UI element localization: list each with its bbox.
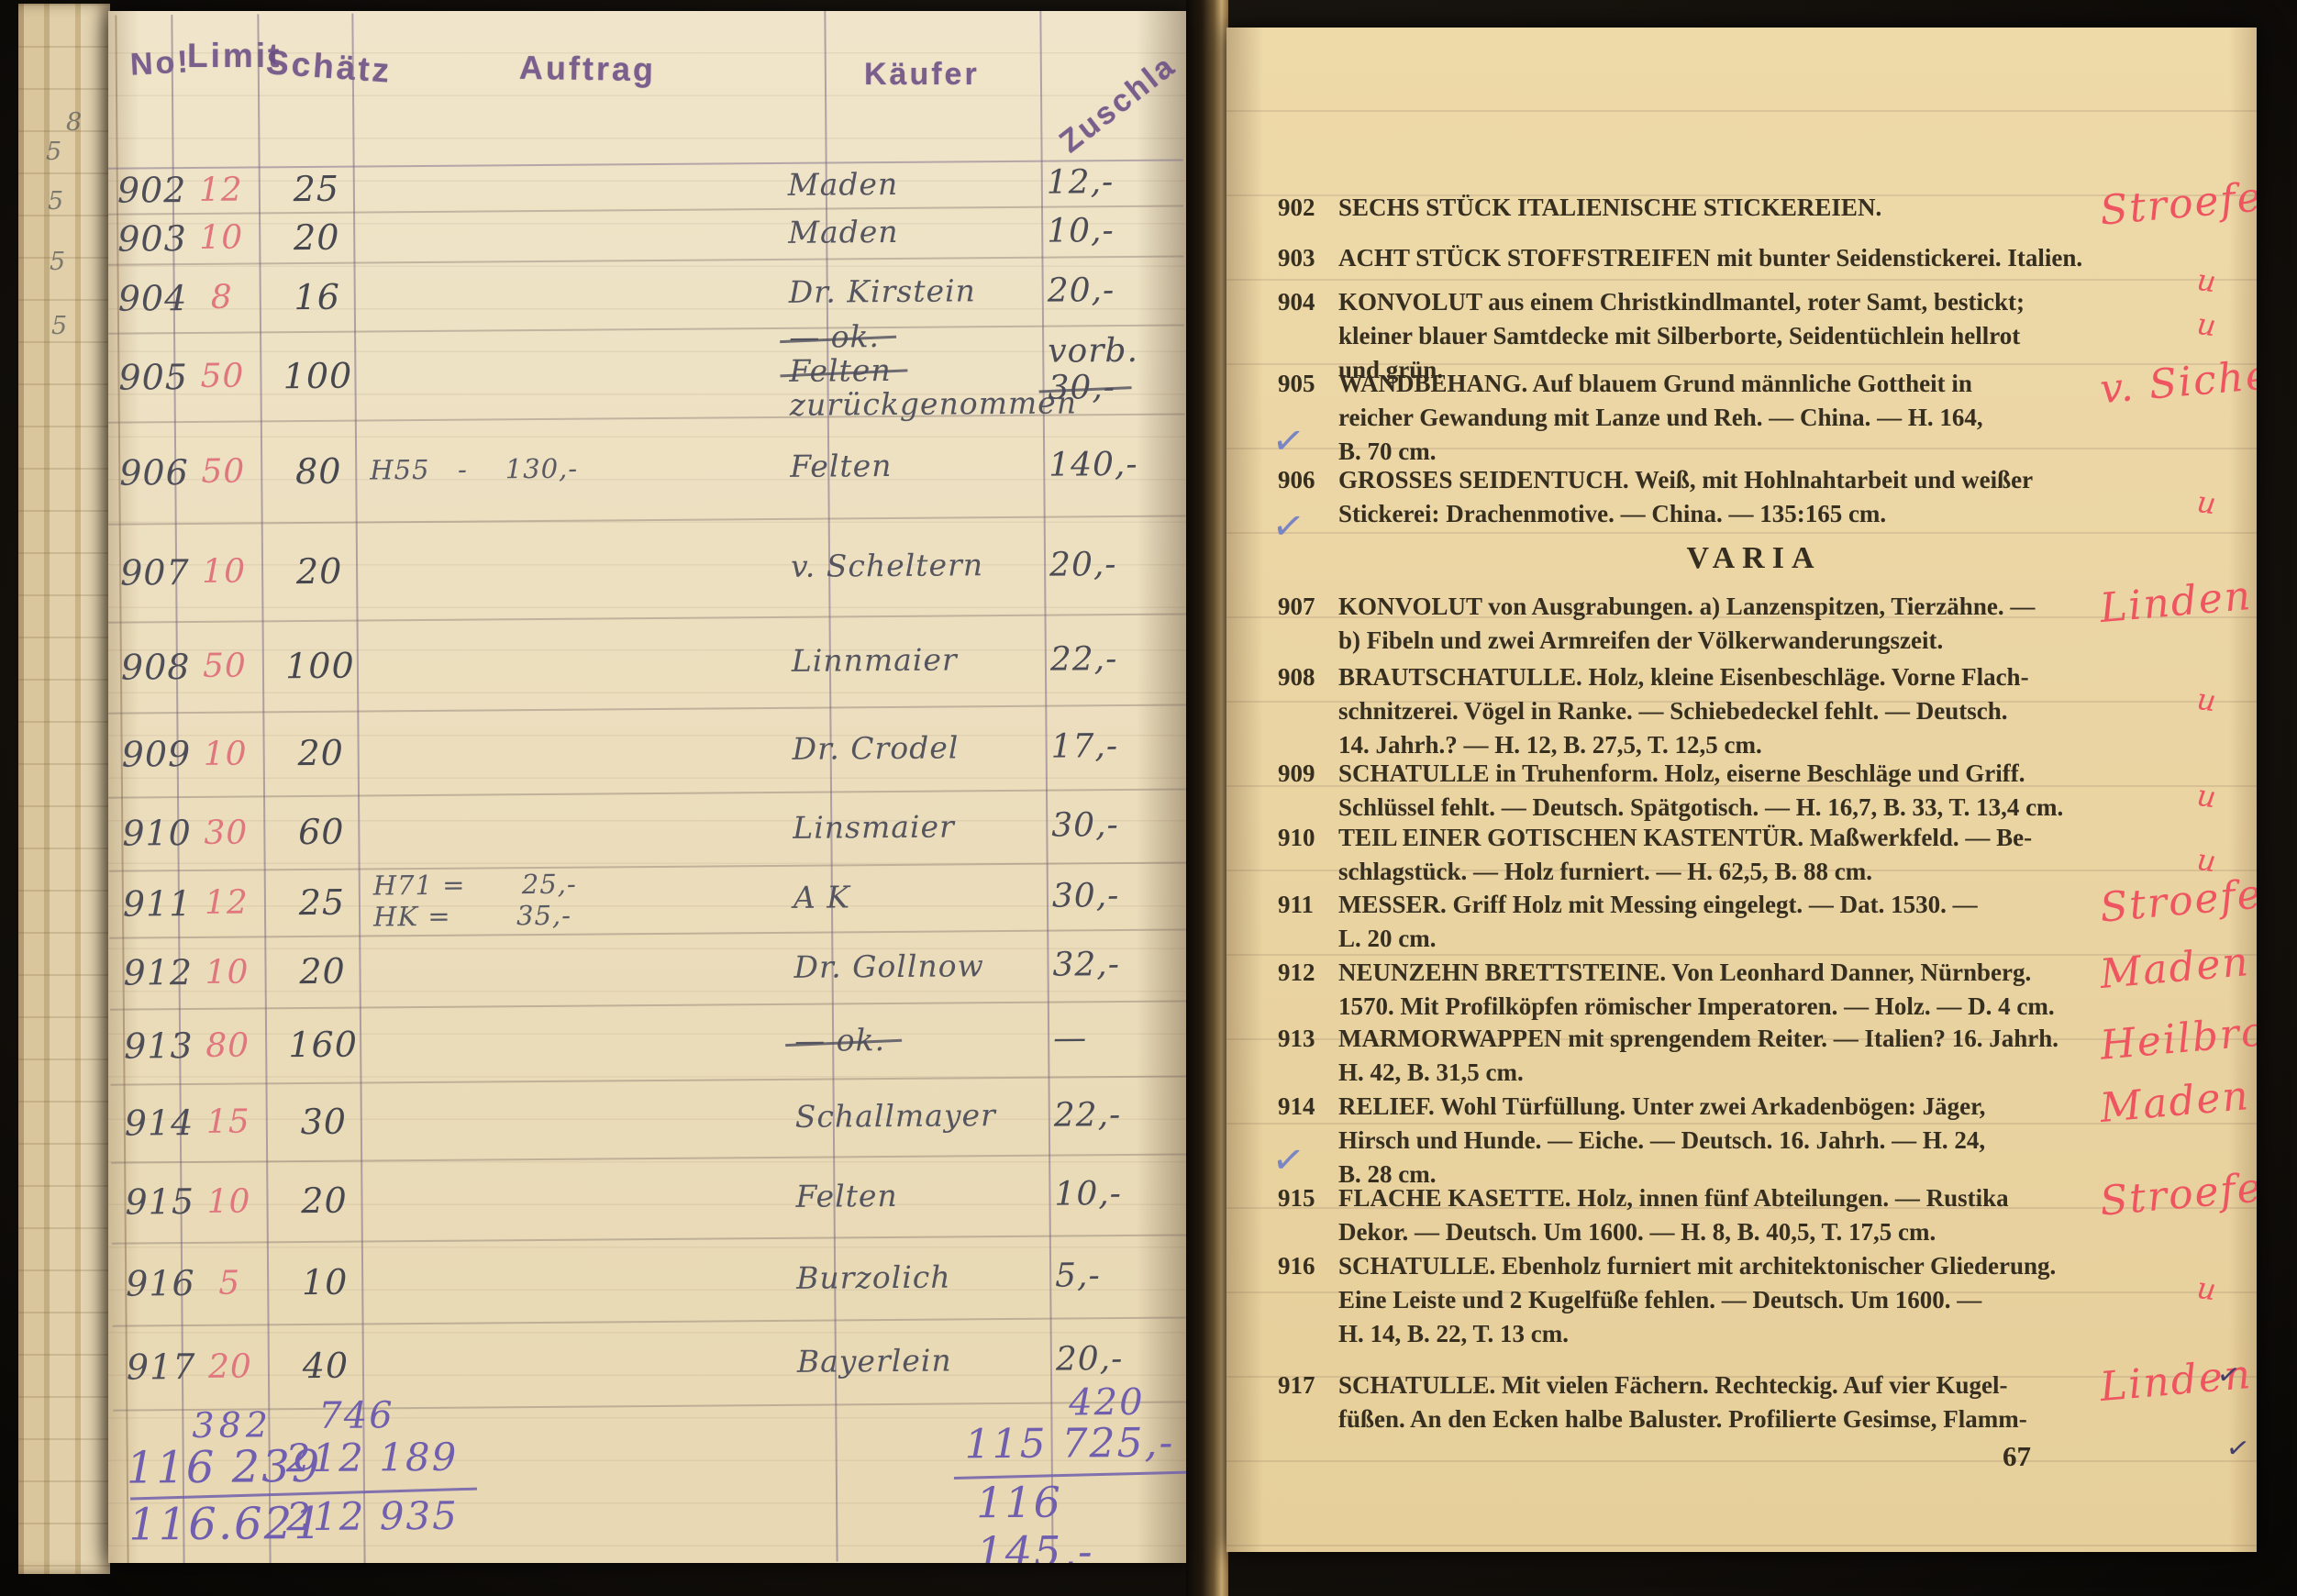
- section-heading: VARIA: [1337, 541, 2171, 576]
- ledger-cell-kaeufer: Dr. Gollnow: [793, 930, 1044, 1003]
- margin-buyer-note: Linden: [2098, 572, 2254, 632]
- ledger-cell-kaeufer-line: Felten: [789, 354, 892, 389]
- catalog-entry: 913MARMORWAPPEN mit sprengendem Reiter. …: [1278, 1022, 2177, 1090]
- catalog-entry-text: SECHS STÜCK ITALIENISCHE STICKEREIEN.: [1338, 191, 2177, 225]
- total-limit-sum: 382: [192, 1404, 272, 1446]
- ledger-cell-limit: 10: [188, 1160, 270, 1242]
- catalog-entry-line: füßen. An den Ecken halbe Baluster. Prof…: [1338, 1402, 2177, 1436]
- ledger-rows: 9021225Maden12,-9031020Maden10,-904816Dr…: [108, 11, 1182, 16]
- ledger-cell-auftrag: [368, 259, 809, 331]
- blue-checkmark: ✓: [1270, 502, 1308, 550]
- ledger-cell-kaeufer: — ok.: [794, 1002, 1045, 1079]
- catalog-entry-number: 902: [1278, 191, 1315, 225]
- edge-number: 5: [46, 138, 62, 166]
- ledger-cell-zuschlag-line: 20,-: [1056, 1341, 1124, 1378]
- total-zuschlag-carry: 115 725,-: [964, 1420, 1174, 1469]
- ledger-cell-kaeufer: Burzolich: [796, 1236, 1047, 1320]
- ledger-table: 9021225Maden12,-9031020Maden10,-904816Dr…: [108, 11, 1188, 1563]
- catalog-entry-line: H. 42, B. 31,5 cm.: [1338, 1056, 2177, 1090]
- ledger-cell-schaetz: 20: [274, 711, 367, 796]
- ledger-cell-auftrag: [369, 327, 810, 420]
- ledger-cell-kaeufer: Felten: [790, 415, 1040, 518]
- ledger-cell-schaetz: 160: [277, 1006, 370, 1082]
- ledger-cell-kaeufer-line: Maden: [788, 167, 899, 202]
- catalog-entry-number: 912: [1278, 956, 1315, 990]
- ledger-cell-no: 917: [127, 1324, 199, 1410]
- ledger-cell-zuschlag-line: 140,-: [1049, 447, 1138, 483]
- ledger-cell-auftrag: [372, 792, 814, 869]
- total-zuschlag-grand: 116 145,-: [976, 1476, 1188, 1563]
- ledger-cell-limit: 10: [183, 522, 265, 621]
- ledger-cell-kaeufer: Dr. Kirstein: [788, 257, 1038, 327]
- ledger-cell-no: 910: [122, 796, 194, 870]
- catalog-entry-line: reicher Gewandung mit Lanze und Reh. — C…: [1338, 401, 2177, 435]
- catalog-entry-number: 906: [1278, 463, 1315, 497]
- blue-checkmark: ✓: [1270, 1136, 1308, 1184]
- edge-number: 5: [48, 187, 64, 216]
- catalog-entry-text: FLACHE KASETTE. Holz, innen fünf Abteilu…: [1338, 1181, 2177, 1249]
- ledger-cell-zuschlag-line: —: [1053, 1021, 1087, 1058]
- ledger-cell-kaeufer-line: — ok.: [794, 1024, 885, 1058]
- ledger-cell-zuschlag: 20,-: [1047, 255, 1185, 325]
- ledger-cell-kaeufer-line: Linnmaier: [792, 643, 958, 678]
- ledger-cell-schaetz: 10: [279, 1240, 372, 1324]
- catalog-entry-text: WANDBEHANG. Auf blauem Grund männliche G…: [1338, 367, 2177, 469]
- catalog-entry-line: NEUNZEHN BRETTSTEINE. Von Leonhard Danne…: [1338, 956, 2177, 990]
- ledger-cell-limit: 50: [183, 420, 264, 523]
- ledger-cell-no: 908: [121, 621, 194, 713]
- ledger-cell-kaeufer: Felten: [795, 1155, 1046, 1237]
- ledger-cell-kaeufer-line: Felten: [790, 449, 893, 484]
- catalog-entry-text: ACHT STÜCK STOFFSTREIFEN mit bunter Seid…: [1338, 241, 2177, 275]
- ledger-cell-no: 909: [121, 712, 194, 797]
- catalog-entry-line: SCHATULLE. Ebenholz furniert mit archite…: [1338, 1249, 2177, 1283]
- catalog-entry: 914RELIEF. Wohl Türfüllung. Unter zwei A…: [1278, 1090, 2177, 1191]
- ledger-cell-zuschlag-line: 20,-: [1049, 547, 1117, 583]
- catalog-entry-text: MARMORWAPPEN mit sprengendem Reiter. — I…: [1338, 1022, 2177, 1090]
- total-zuschlag-sum: 420: [1069, 1381, 1145, 1424]
- ledger-cell-auftrag-line: H55 - 130,-: [370, 454, 578, 486]
- total-schaetz-sum: 746: [318, 1394, 394, 1437]
- ledger-cell-schaetz: 100: [274, 620, 367, 712]
- catalog-entry-line: H. 14, B. 22, T. 13 cm.: [1338, 1317, 2177, 1351]
- ledger-cell-kaeufer-line: Dr. Crodel: [793, 731, 960, 766]
- ledger-cell-auftrag: [372, 616, 813, 711]
- ledger-cell-kaeufer: Schallmayer: [794, 1077, 1045, 1157]
- edge-number: 8: [66, 108, 83, 137]
- catalog-entry-line: MESSER. Griff Holz mit Messing eingelegt…: [1338, 888, 2177, 922]
- ledger-cell-auftrag: [371, 518, 812, 620]
- catalog-entry-text: TEIL EINER GOTISCHEN KASTENTÜR. Maßwerkf…: [1338, 821, 2177, 889]
- ledger-cell-auftrag: [372, 707, 813, 795]
- catalog-entry-number: 910: [1278, 821, 1315, 855]
- ledger-cell-kaeufer: Linsmaier: [793, 790, 1043, 865]
- dark-checkmark: ✓: [2224, 1431, 2252, 1467]
- ledger-cell-no: 912: [123, 937, 195, 1009]
- ledger-cell-zuschlag-line: 10,-: [1047, 213, 1115, 249]
- ledger-cell-auftrag-line: H71 = 25,-: [373, 870, 577, 902]
- catalog-entry: 908BRAUTSCHATULLE. Holz, kleine Eisenbes…: [1278, 660, 2177, 762]
- ledger-cell-zuschlag: 32,-: [1052, 928, 1188, 1001]
- page-edges-stack: [18, 4, 110, 1574]
- catalog-entry-number: 909: [1278, 757, 1315, 791]
- catalog-entry-line: Hirsch und Hunde. — Eiche. — Deutsch. 16…: [1338, 1124, 2177, 1158]
- catalog-entry-text: KONVOLUT von Ausgrabungen. a) Lanzenspit…: [1338, 590, 2177, 658]
- ledger-cell-zuschlag: 5,-: [1055, 1234, 1188, 1317]
- catalog-entry-line: SCHATULLE. Mit vielen Fächern. Rechtecki…: [1338, 1369, 2177, 1402]
- ledger-cell-no: 915: [125, 1161, 197, 1243]
- ledger-cell-zuschlag-line: 22,-: [1054, 1097, 1122, 1134]
- catalog-entry: 909SCHATULLE in Truhenform. Holz, eisern…: [1278, 757, 2177, 825]
- catalog-entry-line: WANDBEHANG. Auf blauem Grund männliche G…: [1338, 367, 2177, 401]
- ledger-cell-zuschlag-line: 30,-: [1052, 878, 1120, 914]
- ledger-row: 9103060Linsmaier30,-: [108, 788, 1188, 871]
- catalog-entry: 910TEIL EINER GOTISCHEN KASTENTÜR. Maßwe…: [1278, 821, 2177, 889]
- ledger-cell-limit: 10: [184, 711, 266, 796]
- ledger-cell-zuschlag: 22,-: [1050, 613, 1188, 704]
- catalog-entry-line: SECHS STÜCK ITALIENISCHE STICKEREIEN.: [1338, 191, 2177, 225]
- catalog-entry-number: 916: [1278, 1249, 1315, 1283]
- ledger-cell-kaeufer-line: Bayerlein: [797, 1344, 952, 1379]
- ledger-cell-auftrag: [368, 208, 808, 262]
- ledger-cell-zuschlag-line: 12,-: [1047, 164, 1115, 201]
- ledger-cell-limit: 12: [186, 869, 268, 937]
- page-number: 67: [2003, 1440, 2031, 1473]
- ledger-cell-kaeufer: Maden: [788, 206, 1038, 259]
- margin-ditto-mark: u: [2194, 306, 2218, 343]
- ledger-row: 904816Dr. Kirstein20,-: [108, 255, 1184, 334]
- catalog-entry-text: SCHATULLE in Truhenform. Holz, eiserne B…: [1338, 757, 2177, 825]
- catalog-entry: 915FLACHE KASETTE. Holz, innen fünf Abte…: [1278, 1181, 2177, 1249]
- catalog-entry: 911MESSER. Griff Holz mit Messing eingel…: [1278, 888, 2177, 956]
- blue-checkmark: ✓: [1270, 416, 1308, 465]
- ledger-cell-auftrag: [377, 1320, 818, 1408]
- ledger-cell-auftrag: H71 = 25,-HK = 35,-: [373, 865, 815, 936]
- catalog-entry-line: GROSSES SEIDENTUCH. Weiß, mit Hohlnahtar…: [1338, 463, 2177, 497]
- ledger-cell-zuschlag: 12,-: [1047, 159, 1184, 205]
- ledger-cell-kaeufer-line: Burzolich: [796, 1260, 951, 1295]
- catalog-entry-line: SCHATULLE in Truhenform. Holz, eiserne B…: [1338, 757, 2177, 791]
- margin-ditto-mark: u: [2194, 778, 2218, 815]
- ledger-cell-kaeufer-line: Felten: [795, 1179, 898, 1214]
- margin-ditto-mark: u: [2194, 1270, 2218, 1307]
- ledger-cell-kaeufer-line: A K: [793, 881, 850, 914]
- ledger-cell-auftrag: [375, 1157, 816, 1241]
- catalog-entry-line: schlagstück. — Holz furniert. — H. 62,5,…: [1338, 855, 2177, 889]
- ledger-cell-kaeufer: Maden: [788, 161, 1038, 208]
- ledger-cell-schaetz: 60: [275, 794, 368, 869]
- catalog-entry-text: SCHATULLE. Mit vielen Fächern. Rechtecki…: [1338, 1369, 2177, 1436]
- ledger-row: 9172040Bayerlein20,-: [113, 1316, 1188, 1411]
- catalog-entry-line: Schlüssel fehlt. — Deutsch. Spätgotisch.…: [1338, 791, 2177, 825]
- ledger-cell-limit: 12: [181, 166, 261, 213]
- ledger-cell-schaetz: 20: [276, 935, 369, 1007]
- ledger-cell-zuschlag-line: 20,-: [1048, 272, 1115, 309]
- catalog-entry-text: RELIEF. Wohl Türfüllung. Unter zwei Arka…: [1338, 1090, 2177, 1191]
- ledger-row: 90550100— ok.Feltenzurückgenommenvorb.30…: [108, 324, 1185, 423]
- ledger-cell-kaeufer: Linnmaier: [792, 615, 1042, 707]
- margin-buyer-note: Stroefer: [2098, 172, 2257, 234]
- catalog-entry-text: SCHATULLE. Ebenholz furniert mit archite…: [1338, 1249, 2177, 1351]
- catalog-entry-number: 904: [1278, 285, 1315, 319]
- ledger-cell-no: 903: [117, 213, 189, 264]
- ledger-cell-zuschlag: 30,-: [1052, 861, 1188, 929]
- ledger-cell-zuschlag: 10,-: [1054, 1153, 1188, 1235]
- ledger-cell-kaeufer: — ok.Feltenzurückgenommen: [789, 326, 1039, 416]
- catalog-page: VARIA 902SECHS STÜCK ITALIENISCHE STICKE…: [1226, 28, 2257, 1552]
- catalog-entry-line: KONVOLUT aus einem Christkindlmantel, ro…: [1338, 285, 2177, 319]
- total-schaetz-grand: 212 935: [286, 1493, 459, 1539]
- catalog-entry-number: 905: [1278, 367, 1315, 401]
- catalog-entry: 905WANDBEHANG. Auf blauem Grund männlich…: [1278, 367, 2177, 469]
- book-gutter: [1186, 0, 1228, 1596]
- catalog-entry-number: 917: [1278, 1369, 1315, 1402]
- ledger-cell-limit: 15: [187, 1082, 269, 1161]
- ledger-cell-zuschlag: 10,-: [1047, 205, 1184, 256]
- ledger-cell-auftrag-line: HK = 35,-: [373, 900, 571, 932]
- catalog-entry-number: 913: [1278, 1022, 1315, 1056]
- ledger-cell-kaeufer-line: Dr. Gollnow: [793, 949, 984, 985]
- ledger-cell-limit: 80: [187, 1007, 269, 1083]
- auction-ledger-book-scan: 85555 No! Limit Schätz Auftrag Käufer Zu…: [0, 0, 2297, 1596]
- catalog-entry-number: 907: [1278, 590, 1315, 624]
- ledger-page: No! Limit Schätz Auftrag Käufer Zuschla …: [108, 11, 1188, 1563]
- catalog-entry-text: MESSER. Griff Holz mit Messing eingelegt…: [1338, 888, 2177, 956]
- ledger-cell-zuschlag: 30,-: [1051, 788, 1188, 862]
- ledger-cell-zuschlag-line: 30,-: [1048, 370, 1115, 406]
- ledger-cell-schaetz: 100: [272, 331, 364, 421]
- ledger-cell-zuschlag: 17,-: [1050, 704, 1188, 789]
- catalog-entry-number: 903: [1278, 241, 1315, 275]
- ledger-cell-kaeufer-line: — ok.: [789, 320, 880, 355]
- catalog-entry-line: Dekor. — Deutsch. Um 1600. — H. 8, B. 40…: [1338, 1215, 2177, 1249]
- catalog-entry-line: ACHT STÜCK STOFFSTREIFEN mit bunter Seid…: [1338, 241, 2177, 275]
- catalog-entry: 902SECHS STÜCK ITALIENISCHE STICKEREIEN.: [1278, 191, 2177, 225]
- ledger-row: 9121020Dr. Gollnow32,-: [109, 928, 1188, 1010]
- ledger-cell-kaeufer: A K: [793, 863, 1044, 932]
- ledger-cell-kaeufer: Dr. Crodel: [792, 705, 1042, 792]
- ledger-cell-kaeufer: v. Scheltern: [791, 516, 1041, 616]
- ledger-cell-kaeufer-line: Maden: [788, 216, 899, 250]
- ledger-row: 9141530Schallmayer22,-: [110, 1075, 1188, 1163]
- ledger-row: 9091020Dr. Crodel17,-: [108, 704, 1188, 798]
- ledger-cell-zuschlag-line: vorb.: [1048, 333, 1138, 370]
- catalog-entry-line: Stickerei: Drachenmotive. — China. — 135…: [1338, 497, 2177, 531]
- ledger-cell-zuschlag-line: 17,-: [1050, 728, 1118, 765]
- ledger-cell-schaetz: 20: [278, 1159, 371, 1241]
- ledger-cell-schaetz: 20: [273, 522, 366, 621]
- ledger-cell-kaeufer-line: Schallmayer: [795, 1099, 996, 1135]
- ledger-cell-zuschlag: 20,-: [1049, 515, 1188, 614]
- ledger-row: 9065080H55 - 130,-Felten140,-: [108, 413, 1186, 525]
- catalog-entry-line: FLACHE KASETTE. Holz, innen fünf Abteilu…: [1338, 1181, 2177, 1215]
- ledger-cell-auftrag: [368, 162, 808, 212]
- ledger-cell-zuschlag-line: 22,-: [1050, 641, 1118, 678]
- ledger-row: 9111225H71 = 25,-HK = 35,-A K30,-: [109, 861, 1188, 938]
- ledger-cell-schaetz: 30: [277, 1081, 370, 1160]
- catalog-entry: 917SCHATULLE. Mit vielen Fächern. Rechte…: [1278, 1369, 2177, 1436]
- ledger-cell-zuschlag-line: 30,-: [1051, 807, 1119, 844]
- ledger-row: 916510Burzolich5,-: [112, 1234, 1188, 1326]
- margin-ditto-mark: u: [2194, 842, 2218, 879]
- catalog-entry-line: RELIEF. Wohl Türfüllung. Unter zwei Arka…: [1338, 1090, 2177, 1124]
- ledger-cell-kaeufer-line: v. Scheltern: [791, 549, 983, 584]
- catalog-entry-number: 914: [1278, 1090, 1315, 1124]
- ledger-row: 9151020Felten10,-: [111, 1153, 1188, 1244]
- margin-ditto-mark: u: [2194, 262, 2218, 299]
- catalog-entry: 907KONVOLUT von Ausgrabungen. a) Lanzens…: [1278, 590, 2177, 658]
- ledger-cell-limit: 10: [181, 212, 261, 263]
- catalog-entry-line: L. 20 cm.: [1338, 922, 2177, 956]
- catalog-entry-line: kleiner blauer Samtdecke mit Silberborte…: [1338, 319, 2177, 353]
- ledger-cell-limit: 5: [189, 1241, 271, 1324]
- catalog-entry-line: KONVOLUT von Ausgrabungen. a) Lanzenspit…: [1338, 590, 2177, 624]
- catalog-entry: 906GROSSES SEIDENTUCH. Weiß, mit Hohlnah…: [1278, 463, 2177, 531]
- ledger-cell-auftrag: [373, 932, 815, 1007]
- ledger-row: 9071020v. Scheltern20,-: [108, 515, 1187, 623]
- ledger-cell-limit: 8: [181, 262, 262, 332]
- margin-ditto-mark: u: [2194, 682, 2218, 718]
- ledger-cell-kaeufer-line: Linsmaier: [793, 810, 955, 845]
- ledger-cell-auftrag: [374, 1079, 816, 1160]
- catalog-entry: 903ACHT STÜCK STOFFSTREIFEN mit bunter S…: [1278, 241, 2177, 275]
- ledger-cell-kaeufer-line: Dr. Kirstein: [789, 274, 976, 310]
- ledger-row: 91380160— ok.—: [110, 1000, 1188, 1085]
- ledger-row: 90850100Linnmaier22,-: [108, 613, 1187, 714]
- ledger-cell-schaetz: 20: [271, 212, 362, 263]
- ledger-cell-auftrag: [376, 1237, 817, 1324]
- ledger-cell-no: 907: [120, 523, 193, 622]
- catalog-entry-line: BRAUTSCHATULLE. Holz, kleine Eisenbeschl…: [1338, 660, 2177, 694]
- ledger-cell-limit: 50: [182, 331, 263, 421]
- catalog-entry-line: b) Fibeln und zwei Armreifen der Völkerw…: [1338, 624, 2177, 658]
- ledger-cell-schaetz: 80: [272, 420, 365, 523]
- ledger-cell-zuschlag-line: 5,-: [1055, 1258, 1101, 1294]
- catalog-entry-text: GROSSES SEIDENTUCH. Weiß, mit Hohlnahtar…: [1338, 463, 2177, 531]
- ledger-cell-no: 902: [117, 167, 189, 214]
- ledger-cell-zuschlag-line: 32,-: [1052, 947, 1120, 983]
- ledger-cell-auftrag: [374, 1003, 816, 1082]
- catalog-entry-number: 908: [1278, 660, 1315, 694]
- margin-ditto-mark: u: [2194, 484, 2218, 521]
- ledger-cell-no: 911: [123, 870, 195, 937]
- ledger-cell-limit: 50: [184, 620, 266, 712]
- catalog-entry-line: MARMORWAPPEN mit sprengendem Reiter. — I…: [1338, 1022, 2177, 1056]
- catalog-entry-line: schnitzerei. Vögel in Ranke. — Schiebede…: [1338, 694, 2177, 728]
- catalog-entry: 912NEUNZEHN BRETTSTEINE. Von Leonhard Da…: [1278, 956, 2177, 1024]
- catalog-entry: 916SCHATULLE. Ebenholz furniert mit arch…: [1278, 1249, 2177, 1351]
- ledger-cell-no: 905: [118, 332, 191, 422]
- ledger-cell-limit: 20: [190, 1324, 272, 1409]
- ledger-cell-zuschlag: vorb.30,-: [1048, 324, 1186, 414]
- ledger-cell-no: 914: [124, 1083, 196, 1162]
- catalog-entry-line: TEIL EINER GOTISCHEN KASTENTÜR. Maßwerkf…: [1338, 821, 2177, 855]
- edge-number: 5: [51, 312, 68, 340]
- edge-number: 5: [50, 248, 66, 276]
- ledger-cell-auftrag: H55 - 130,-: [370, 416, 811, 522]
- ledger-cell-no: 904: [117, 263, 190, 333]
- catalog-entry-line: Eine Leiste und 2 Kugelfüße fehlen. — De…: [1338, 1283, 2177, 1317]
- catalog-entry-text: BRAUTSCHATULLE. Holz, kleine Eisenbeschl…: [1338, 660, 2177, 762]
- ledger-cell-schaetz: 25: [271, 166, 362, 213]
- ledger-cell-no: 906: [119, 421, 192, 524]
- catalog-entry-number: 915: [1278, 1181, 1315, 1215]
- ledger-cell-limit: 30: [185, 795, 267, 870]
- ledger-cell-zuschlag: —: [1053, 1000, 1188, 1076]
- ledger-cell-no: 913: [124, 1008, 196, 1084]
- ledger-cell-no: 916: [126, 1242, 198, 1325]
- ledger-cell-limit: 10: [186, 936, 268, 1008]
- catalog-entry-text: NEUNZEHN BRETTSTEINE. Von Leonhard Danne…: [1338, 956, 2177, 1024]
- ledger-cell-kaeufer: Bayerlein: [797, 1318, 1048, 1404]
- total-schaetz-carry: 212 189: [286, 1435, 459, 1480]
- catalog-entry-number: 911: [1278, 888, 1314, 922]
- ledger-cell-schaetz: 25: [276, 868, 369, 936]
- ledger-cell-zuschlag-line: 10,-: [1054, 1176, 1122, 1213]
- ledger-cell-zuschlag: 22,-: [1053, 1075, 1188, 1154]
- ledger-cell-zuschlag: 140,-: [1049, 413, 1187, 515]
- catalog-entry-line: 1570. Mit Profilköpfen römischer Imperat…: [1338, 990, 2177, 1024]
- ledger-cell-schaetz: 16: [271, 262, 363, 332]
